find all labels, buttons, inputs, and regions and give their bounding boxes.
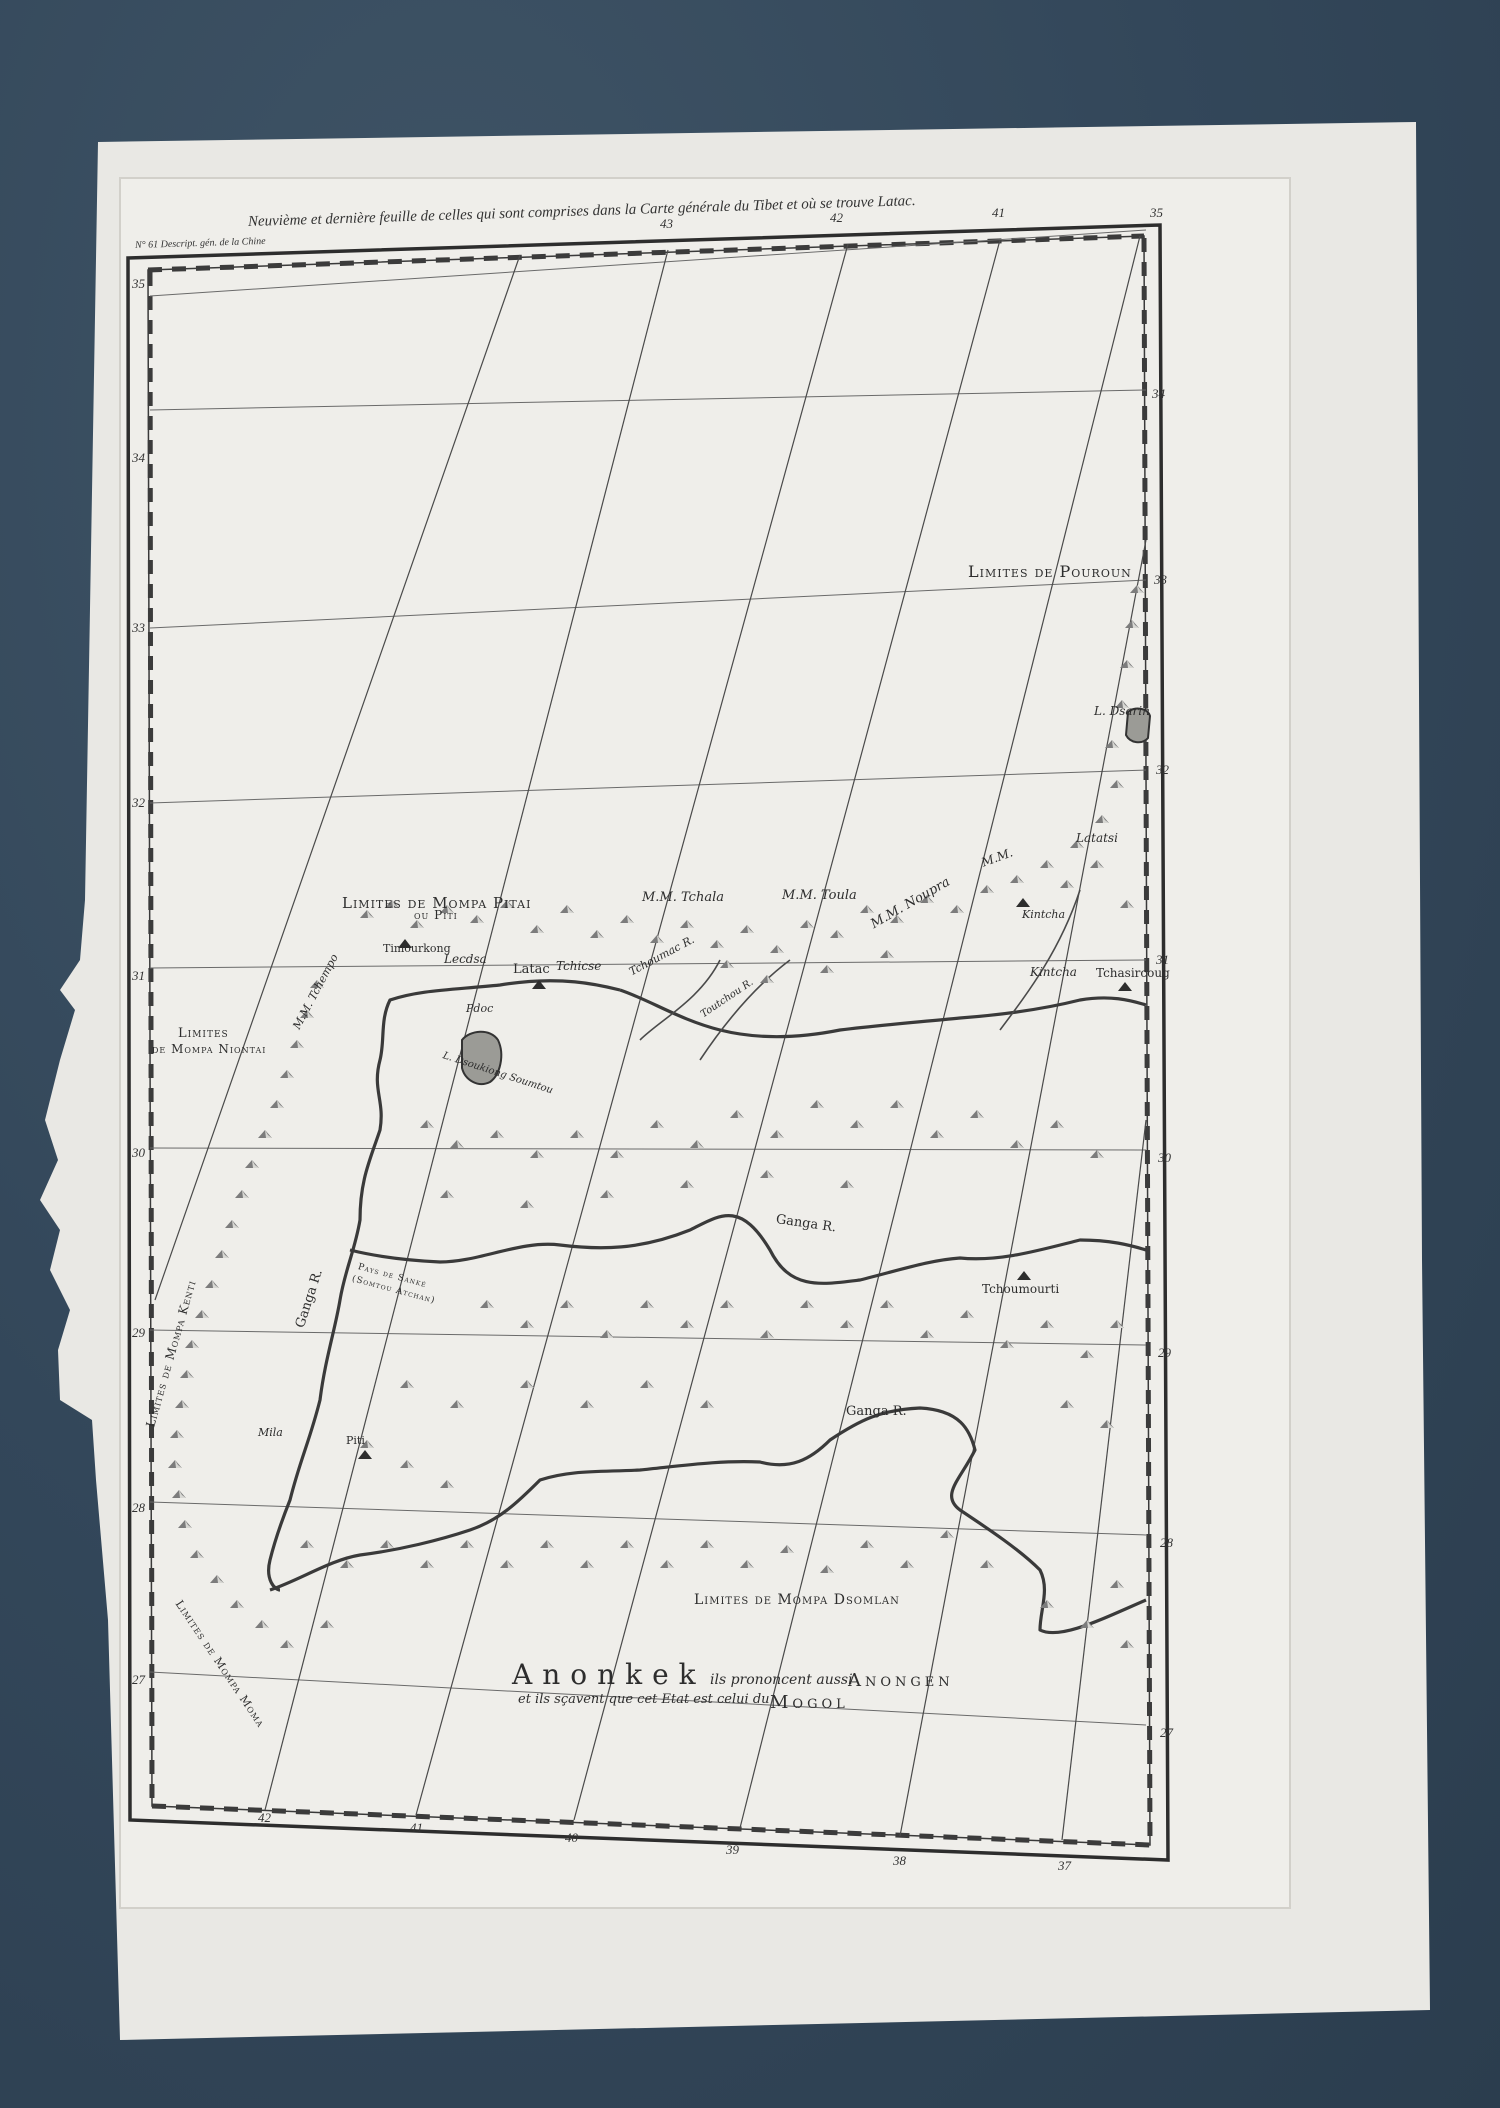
place-piti: Piti (346, 1434, 365, 1447)
place-latatsi: Latatsi (1076, 831, 1118, 845)
mountain-toula: M.M. Toula (782, 888, 857, 903)
lat-right-35: 35 (1150, 205, 1163, 221)
lat-right-34: 34 (1152, 386, 1165, 402)
place-tchasircoug: Tchasircoug (1096, 966, 1170, 980)
place-tchoumourti: Tchoumourti (982, 1282, 1059, 1296)
town-icon (1016, 898, 1030, 907)
place-l-dsarin: L. Dsarin (1094, 704, 1150, 718)
place-tchicse: Tchicse (556, 959, 601, 973)
place-pdoc: Pdoc (466, 1002, 493, 1015)
lon-bottom-40: 40 (565, 1830, 578, 1846)
region-pouroun: Limites de Pouroun (968, 562, 1132, 581)
town-icon (358, 1450, 372, 1459)
region-mompa-dsomlan: Limites de Mompa Dsomlan (694, 1592, 900, 1608)
lon-top-41: 41 (992, 205, 1005, 221)
legend-line2: et ils sçavent que cet Etat est celui du (518, 1692, 770, 1707)
town-icon (532, 980, 546, 989)
place-timourkong: Timourkong (383, 942, 451, 955)
legend-anonkek: Anonkek (512, 1658, 706, 1691)
region-niontai-line1: Limites (178, 1026, 229, 1041)
region-niontai-line2: de Mompa Niontai (152, 1042, 266, 1056)
lat-left-29: 29 (132, 1325, 145, 1341)
place-lecdsa: Lecdsa (444, 952, 487, 966)
mountain-tchala: M.M. Tchala (642, 890, 724, 905)
river-ganga-south: Ganga R. (846, 1404, 907, 1419)
lat-left-28: 28 (132, 1500, 145, 1516)
place-latac: Latac (513, 962, 550, 977)
region-pitai-alt: ou Piti (414, 908, 458, 922)
lat-left-30: 30 (132, 1145, 145, 1161)
lon-bottom-37: 37 (1058, 1858, 1071, 1874)
place-mila: Mila (258, 1426, 283, 1439)
lat-left-34: 34 (132, 450, 145, 466)
lon-top-43: 43 (660, 216, 673, 232)
lon-top-42: 42 (830, 210, 843, 226)
lat-right-33: 33 (1154, 572, 1167, 588)
legend-mogol: Mogol (770, 1692, 849, 1713)
lon-bottom-39: 39 (726, 1842, 739, 1858)
lat-left-27: 27 (132, 1672, 145, 1688)
lat-right-29: 29 (1158, 1345, 1171, 1361)
lat-right-28: 28 (1160, 1535, 1173, 1551)
legend-anongen: Anongen (848, 1670, 954, 1691)
lat-right-30: 30 (1158, 1150, 1171, 1166)
place-kintcha-north: Kintcha (1022, 908, 1065, 921)
lat-right-32: 32 (1156, 762, 1169, 778)
lat-left-32: 32 (132, 795, 145, 811)
town-icon (1118, 982, 1132, 991)
lon-bottom-42: 42 (258, 1810, 271, 1826)
lat-right-27: 27 (1160, 1725, 1173, 1741)
lon-bottom-41: 41 (410, 1820, 423, 1836)
lon-bottom-38: 38 (893, 1853, 906, 1869)
legend-line1-rest: ils prononcent aussi (710, 1672, 853, 1688)
lat-left-35: 35 (132, 276, 145, 292)
lat-left-31: 31 (132, 968, 145, 984)
lat-left-33: 33 (132, 620, 145, 636)
place-kintcha: Kintcha (1030, 965, 1077, 979)
town-icon (1017, 1271, 1031, 1280)
